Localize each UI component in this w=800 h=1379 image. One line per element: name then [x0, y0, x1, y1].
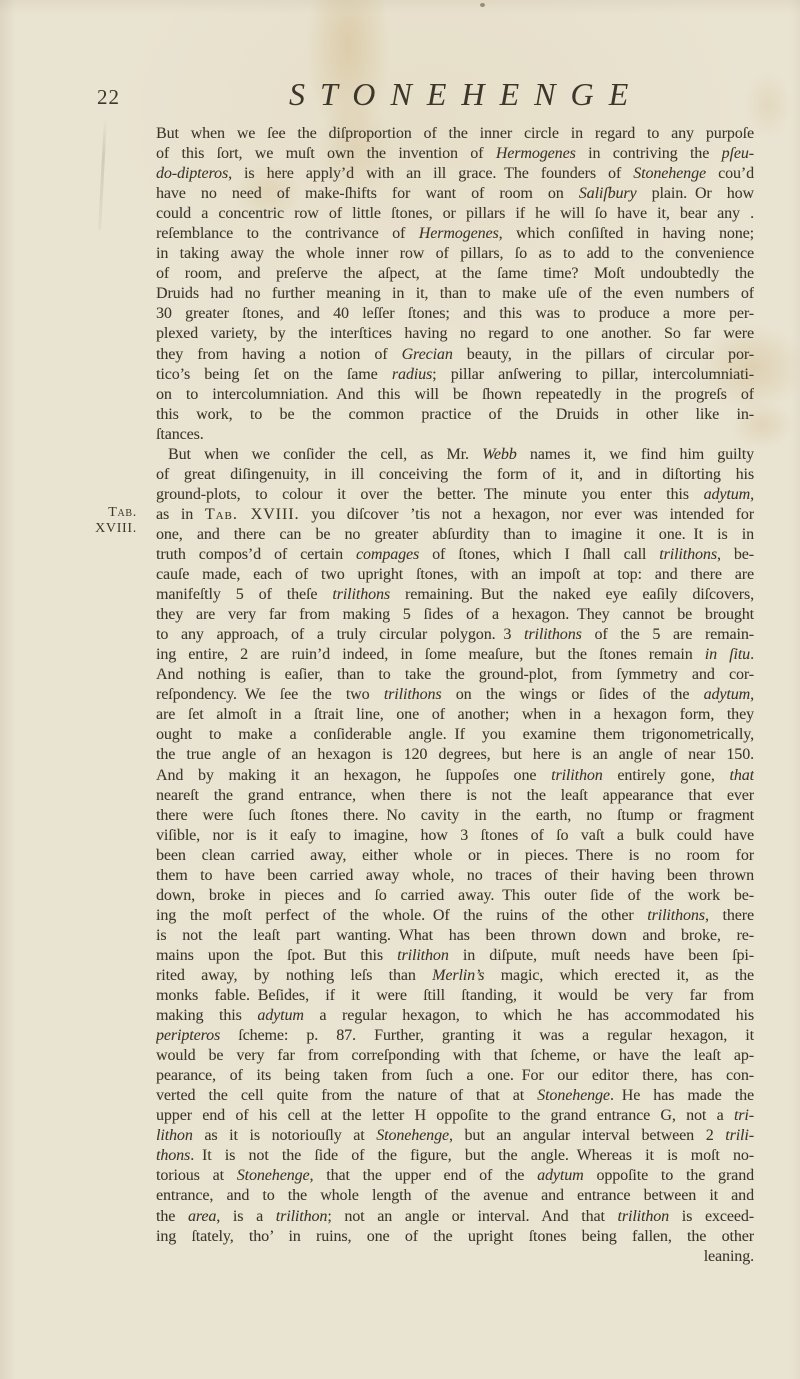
text-line: leaning. — [156, 1247, 754, 1267]
text-line: them to have been carried away whole, no… — [156, 866, 754, 886]
text-line: down, broke in pieces and ſo carried awa… — [156, 886, 754, 906]
text-line: viſible, nor is it eaſy to imagine, how … — [156, 826, 754, 846]
text-line: mains upon the ſpot. But this trilithon … — [156, 946, 754, 966]
text-line: ground-plots, to colour it over the bett… — [156, 485, 754, 505]
text-line: would be very far from correſponding wit… — [156, 1046, 754, 1066]
text-line: pearance, of its being taken from ſuch a… — [156, 1066, 754, 1086]
margin-note-line: XVIII. — [55, 521, 137, 537]
text-line: of great diſingenuity, in ill conceiving… — [156, 465, 754, 485]
text-line: entrance, and to the whole length of the… — [156, 1186, 754, 1206]
margin-note: Tab. XVIII. — [55, 505, 137, 537]
text-line: And by making it an hexagon, he ſuppoſes… — [156, 766, 754, 786]
text-line: torious at Stonehenge, that the upper en… — [156, 1166, 754, 1186]
text-line: manifeſtly 5 of theſe trilithons remaini… — [156, 585, 754, 605]
text-line: ſtances. — [156, 425, 754, 445]
text-line: peripteros ſcheme: p. 87. Further, grant… — [156, 1026, 754, 1046]
text-line: ing the moſt perfect of the whole. Of th… — [156, 906, 754, 926]
text-line: is not the leaſt part wanting. What has … — [156, 926, 754, 946]
text-line: Druids had no further meaning in it, tha… — [156, 284, 754, 304]
text-line: cauſe made, each of two upright ſtones, … — [156, 565, 754, 585]
text-line: But when we conſider the cell, as Mr. We… — [156, 445, 754, 465]
text-line: on to intercolumniation. And this will b… — [156, 385, 754, 405]
text-line: monks fable. Beſides, if it were ſtill ſ… — [156, 986, 754, 1006]
body-text: But when we ſee the diſproportion of the… — [156, 124, 754, 1267]
text-line: ing entire, 2 are ruin’d indeed, in ſome… — [156, 645, 754, 665]
text-line: And nothing is eaſier, than to take the … — [156, 665, 754, 685]
text-line: one, and there can be no greater abſurdi… — [156, 525, 754, 545]
paragraph: But when we conſider the cell, as Mr. We… — [156, 445, 754, 1267]
book-page: 22 STONEHENGE Tab. XVIII. But when we ſe… — [0, 0, 800, 1379]
text-line: ought to make a conſiderable angle. If y… — [156, 725, 754, 745]
text-line: of room, and preſerve the aſpect, at the… — [156, 264, 754, 284]
text-line: neareſt the grand entrance, when there i… — [156, 786, 754, 806]
text-line: 30 greater ſtones, and 40 leſſer ſtones;… — [156, 304, 754, 324]
text-line: do-dipteros, is here apply’d with an ill… — [156, 164, 754, 184]
text-line: reſpondency. We ſee the two trilithons o… — [156, 685, 754, 705]
text-line: But when we ſee the diſproportion of the… — [156, 124, 754, 144]
text-line: reſemblance to the contrivance of Hermog… — [156, 224, 754, 244]
text-line: the area, is a trilithon; not an angle o… — [156, 1207, 754, 1227]
page-title: STONEHENGE — [289, 76, 643, 113]
text-line: as in Tab. XVIII. you diſcover ’tis not … — [156, 505, 754, 525]
margin-note-line: Tab. — [55, 505, 137, 521]
text-line: ing ſtately, tho’ in ruins, one of the u… — [156, 1227, 754, 1247]
text-line: making this adytum a regular hexagon, to… — [156, 1006, 754, 1026]
paper-speck — [480, 3, 485, 7]
paper-crease — [98, 118, 107, 230]
text-line: plexed variety, by the interſtices havin… — [156, 324, 754, 344]
text-line: they are very far from making 5 ſides of… — [156, 605, 754, 625]
text-line: there were ſuch ſtones there. No cavity … — [156, 806, 754, 826]
text-line: of this ſort, we muſt own the invention … — [156, 144, 754, 164]
text-line: the true angle of an hexagon is 120 degr… — [156, 745, 754, 765]
page-number: 22 — [97, 85, 120, 110]
text-line: this work, to be the common practice of … — [156, 405, 754, 425]
text-line: to any approach, of a truly circular pol… — [156, 625, 754, 645]
text-line: tico’s being ſet on the ſame radius; pil… — [156, 365, 754, 385]
text-line: rited away, by nothing leſs than Merlin’… — [156, 966, 754, 986]
text-line: in taking away the whole inner row of pi… — [156, 244, 754, 264]
text-line: thons. It is not the ſide of the figure,… — [156, 1146, 754, 1166]
text-line: verted the cell quite from the nature of… — [156, 1086, 754, 1106]
paragraph: But when we ſee the diſproportion of the… — [156, 124, 754, 445]
text-line: been clean carried away, either whole or… — [156, 846, 754, 866]
text-line: upper end of his cell at the letter H op… — [156, 1106, 754, 1126]
text-line: they from having a notion of Grecian bea… — [156, 345, 754, 365]
text-line: have no need of make-ſhifts for want of … — [156, 184, 754, 204]
text-line: could a concentric row of little ſtones,… — [156, 204, 754, 224]
text-line: lithon as it is notoriouſly at Stoneheng… — [156, 1126, 754, 1146]
text-line: truth compos’d of certain compages of ſt… — [156, 545, 754, 565]
text-line: are ſet almoſt in a ſtrait line, one of … — [156, 705, 754, 725]
